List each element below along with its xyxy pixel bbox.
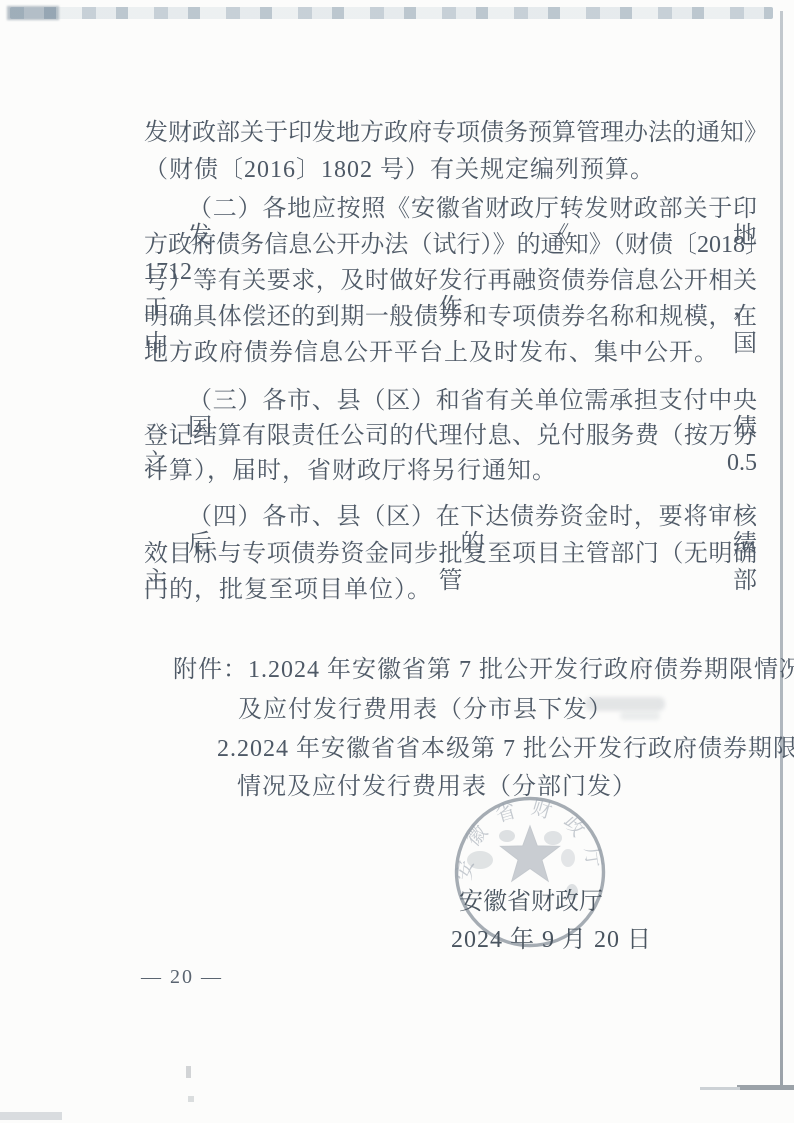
body-line: （财债〔2016〕1802 号）有关规定编列预算。 — [144, 157, 655, 184]
signature-authority: 安徽省财政厅 — [459, 881, 603, 916]
scan-edge-right — [780, 11, 783, 1089]
seal-blotch — [544, 831, 562, 845]
seal-blotch — [561, 849, 575, 867]
seal-blotch — [499, 830, 515, 842]
attachment-line: 附件：1.2024 年安徽省第 7 批公开发行政府债券期限情况 — [173, 649, 794, 684]
ink-bleed-smudge — [620, 712, 660, 720]
body-line: 发财政部关于印发地方政府专项债务预算管理办法的通知》 — [144, 120, 757, 147]
page-number: — 20 — — [141, 966, 223, 989]
scan-page: 发财政部关于印发地方政府专项债务预算管理办法的通知》 （财债〔2016〕1802… — [0, 0, 794, 1123]
scan-speck — [186, 1066, 191, 1078]
signature-date: 2024 年 9 月 20 日 — [451, 919, 652, 954]
scan-edge-bottom-right — [737, 1085, 794, 1090]
body-line: 计算），届时，省财政厅将另行通知。 — [144, 458, 557, 485]
attachment-line: 及应付发行费用表（分市县下发） — [238, 689, 613, 724]
scan-edge-top — [10, 7, 773, 19]
body-line: 地方政府债券信息公开平台上及时发布、集中公开。 — [144, 340, 719, 367]
body-line: 门的，批复至项目单位）。 — [144, 577, 432, 604]
scan-edge-bottom-right-light — [700, 1087, 740, 1090]
attachment-line: 2.2024 年安徽省省本级第 7 批公开发行政府债券期限 — [217, 728, 794, 763]
scan-edge-bottom-left — [0, 1112, 62, 1120]
scan-speck — [188, 1096, 194, 1102]
